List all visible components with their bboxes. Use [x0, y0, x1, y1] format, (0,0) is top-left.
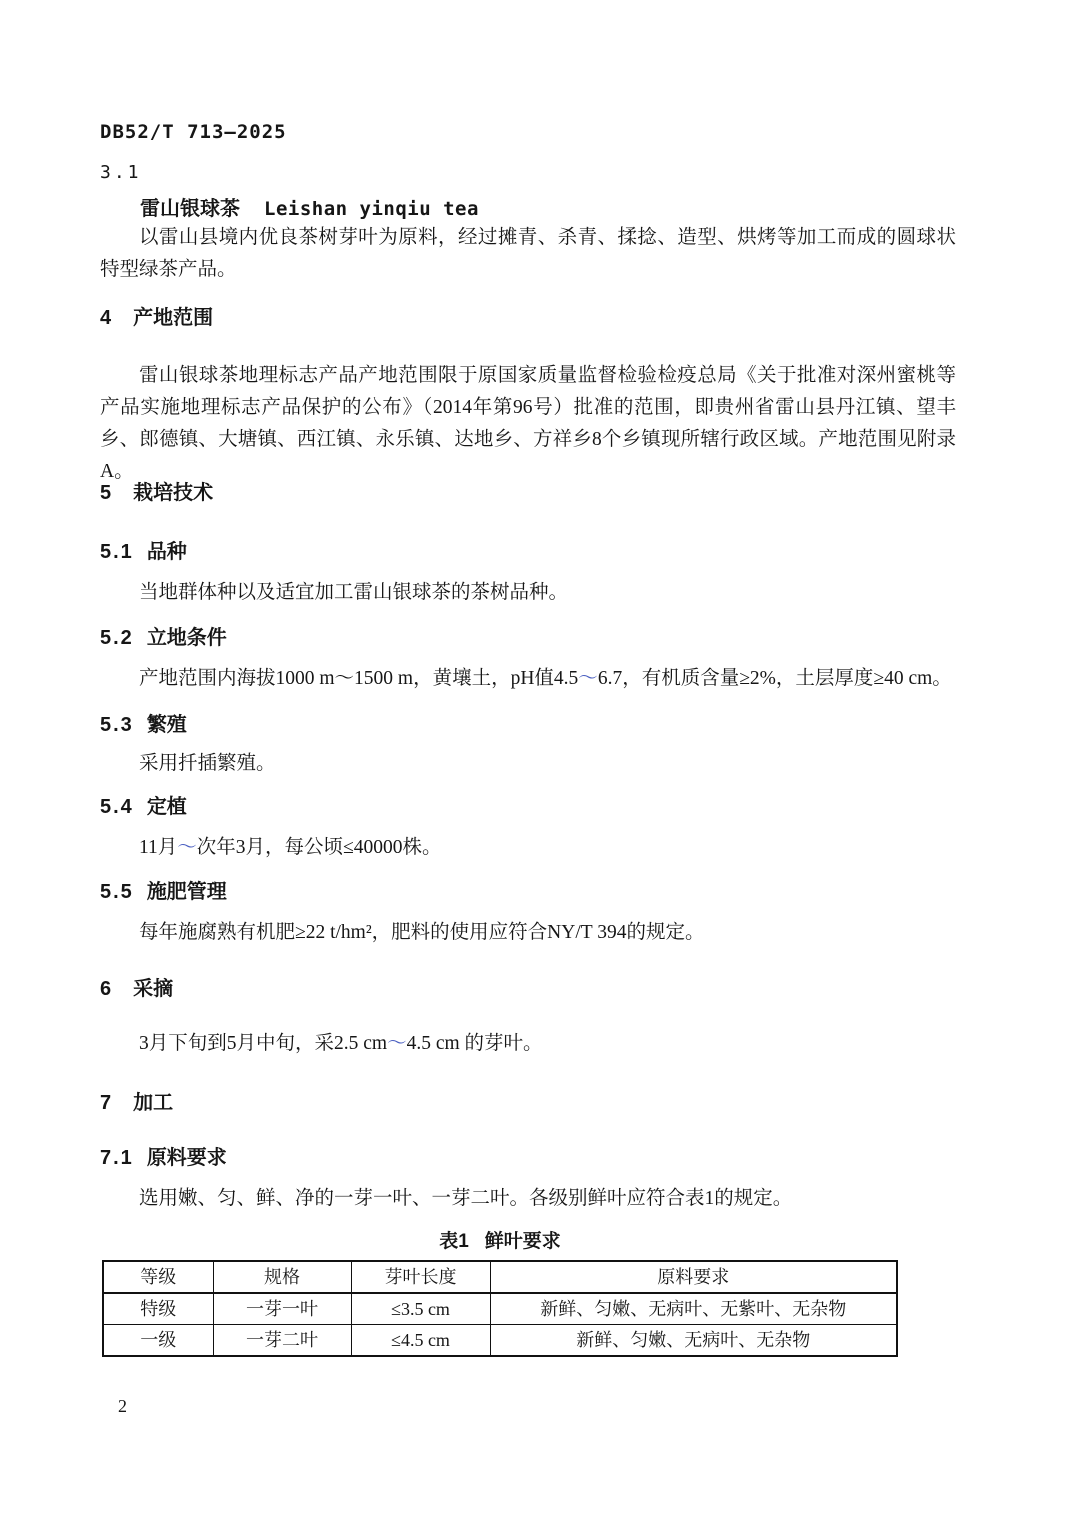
- cell-grade: 一级: [103, 1325, 213, 1357]
- section-5-5-number: 5.5: [100, 881, 134, 903]
- section-5-5-title: 施肥管理: [147, 881, 227, 903]
- section-4-number: 4: [100, 307, 113, 329]
- table-1-row-first-grade: 一级 一芽二叶 ≤4.5 cm 新鲜、匀嫩、无病叶、无杂物: [103, 1325, 897, 1357]
- document-page: DB52/T 713—2025 3.1 雷山银球茶Leishan yinqiu …: [0, 0, 1074, 1520]
- table-1-col-spec: 规格: [213, 1261, 351, 1293]
- table-1-col-requirement: 原料要求: [490, 1261, 897, 1293]
- page-number: 2: [118, 1396, 127, 1417]
- section-7-1-number: 7.1: [100, 1147, 134, 1169]
- section-5-4-number: 5.4: [100, 796, 134, 818]
- section-7-heading: 7加工: [100, 1086, 956, 1115]
- term-section-number: 3.1: [100, 162, 956, 183]
- section-5-1-title: 品种: [147, 541, 187, 563]
- section-5-3-paragraph: 采用扦插繁殖。: [100, 748, 956, 780]
- section-5-2-heading: 5.2立地条件: [100, 621, 956, 650]
- section-7-1-title: 原料要求: [147, 1147, 227, 1169]
- section-5-3-heading: 5.3繁殖: [100, 708, 956, 737]
- cell-spec: 一芽二叶: [213, 1325, 351, 1357]
- section-4-title: 产地范围: [133, 307, 213, 329]
- table-1-col-length: 芽叶长度: [351, 1261, 490, 1293]
- section-7-1-paragraph: 选用嫩、匀、鲜、净的一芽一叶、一芽二叶。各级别鲜叶应符合表1的规定。: [100, 1183, 956, 1215]
- section-5-5-heading: 5.5施肥管理: [100, 875, 956, 904]
- section-5-title: 栽培技术: [133, 482, 213, 504]
- section-5-4-heading: 5.4定植: [100, 790, 956, 819]
- table-1-caption-label: 表1: [439, 1231, 469, 1252]
- cell-requirement: 新鲜、匀嫩、无病叶、无杂物: [490, 1325, 897, 1357]
- section-7-number: 7: [100, 1092, 113, 1114]
- section-6-title: 采摘: [133, 978, 173, 1000]
- table-1-caption-title: 鲜叶要求: [485, 1231, 561, 1252]
- section-4-heading: 4产地范围: [100, 301, 956, 330]
- section-5-4-paragraph: 11月～次年3月，每公顷≤40000株。: [100, 832, 956, 864]
- cell-grade: 特级: [103, 1293, 213, 1325]
- table-1-fresh-leaf-requirements: 等级 规格 芽叶长度 原料要求 特级 一芽一叶 ≤3.5 cm 新鲜、匀嫩、无病…: [102, 1260, 898, 1357]
- section-6-heading: 6采摘: [100, 972, 956, 1001]
- section-5-3-title: 繁殖: [147, 714, 187, 736]
- table-1-caption: 表1鲜叶要求: [102, 1226, 898, 1253]
- section-5-1-number: 5.1: [100, 541, 134, 563]
- term-name-en: Leishan yinqiu tea: [264, 198, 479, 220]
- table-1-row-special-grade: 特级 一芽一叶 ≤3.5 cm 新鲜、匀嫩、无病叶、无紫叶、无杂物: [103, 1293, 897, 1325]
- section-5-2-paragraph: 产地范围内海拔1000 m～1500 m，黄壤土，pH值4.5～6.7，有机质含…: [100, 663, 956, 695]
- section-5-1-paragraph: 当地群体种以及适宜加工雷山银球茶的茶树品种。: [100, 577, 956, 609]
- section-6-paragraph: 3月下旬到5月中旬，采2.5 cm～4.5 cm 的芽叶。: [100, 1028, 956, 1060]
- section-5-2-number: 5.2: [100, 627, 134, 649]
- section-5-number: 5: [100, 482, 113, 504]
- term-definition-paragraph: 以雷山县境内优良茶树芽叶为原料，经过摊青、杀青、揉捻、造型、烘烤等加工而成的圆球…: [100, 222, 956, 286]
- table-1-col-grade: 等级: [103, 1261, 213, 1293]
- cell-spec: 一芽一叶: [213, 1293, 351, 1325]
- cell-length: ≤3.5 cm: [351, 1293, 490, 1325]
- term-name-zh: 雷山银球茶: [140, 198, 240, 220]
- section-5-3-number: 5.3: [100, 714, 134, 736]
- section-5-2-title: 立地条件: [147, 627, 227, 649]
- cell-requirement: 新鲜、匀嫩、无病叶、无紫叶、无杂物: [490, 1293, 897, 1325]
- cell-length: ≤4.5 cm: [351, 1325, 490, 1357]
- section-5-1-heading: 5.1品种: [100, 535, 956, 564]
- standard-number-header: DB52/T 713—2025: [100, 121, 956, 143]
- term-heading: 雷山银球茶Leishan yinqiu tea: [100, 192, 956, 221]
- section-4-paragraph: 雷山银球茶地理标志产品产地范围限于原国家质量监督检验检疫总局《关于批准对深州蜜桃…: [100, 360, 956, 488]
- section-7-1-heading: 7.1原料要求: [100, 1141, 956, 1170]
- section-5-heading: 5栽培技术: [100, 476, 956, 505]
- section-6-number: 6: [100, 978, 113, 1000]
- section-5-4-title: 定植: [147, 796, 187, 818]
- table-1-header-row: 等级 规格 芽叶长度 原料要求: [103, 1261, 897, 1293]
- section-7-title: 加工: [133, 1092, 173, 1114]
- section-5-5-paragraph: 每年施腐熟有机肥≥22 t/hm²，肥料的使用应符合NY/T 394的规定。: [100, 917, 956, 949]
